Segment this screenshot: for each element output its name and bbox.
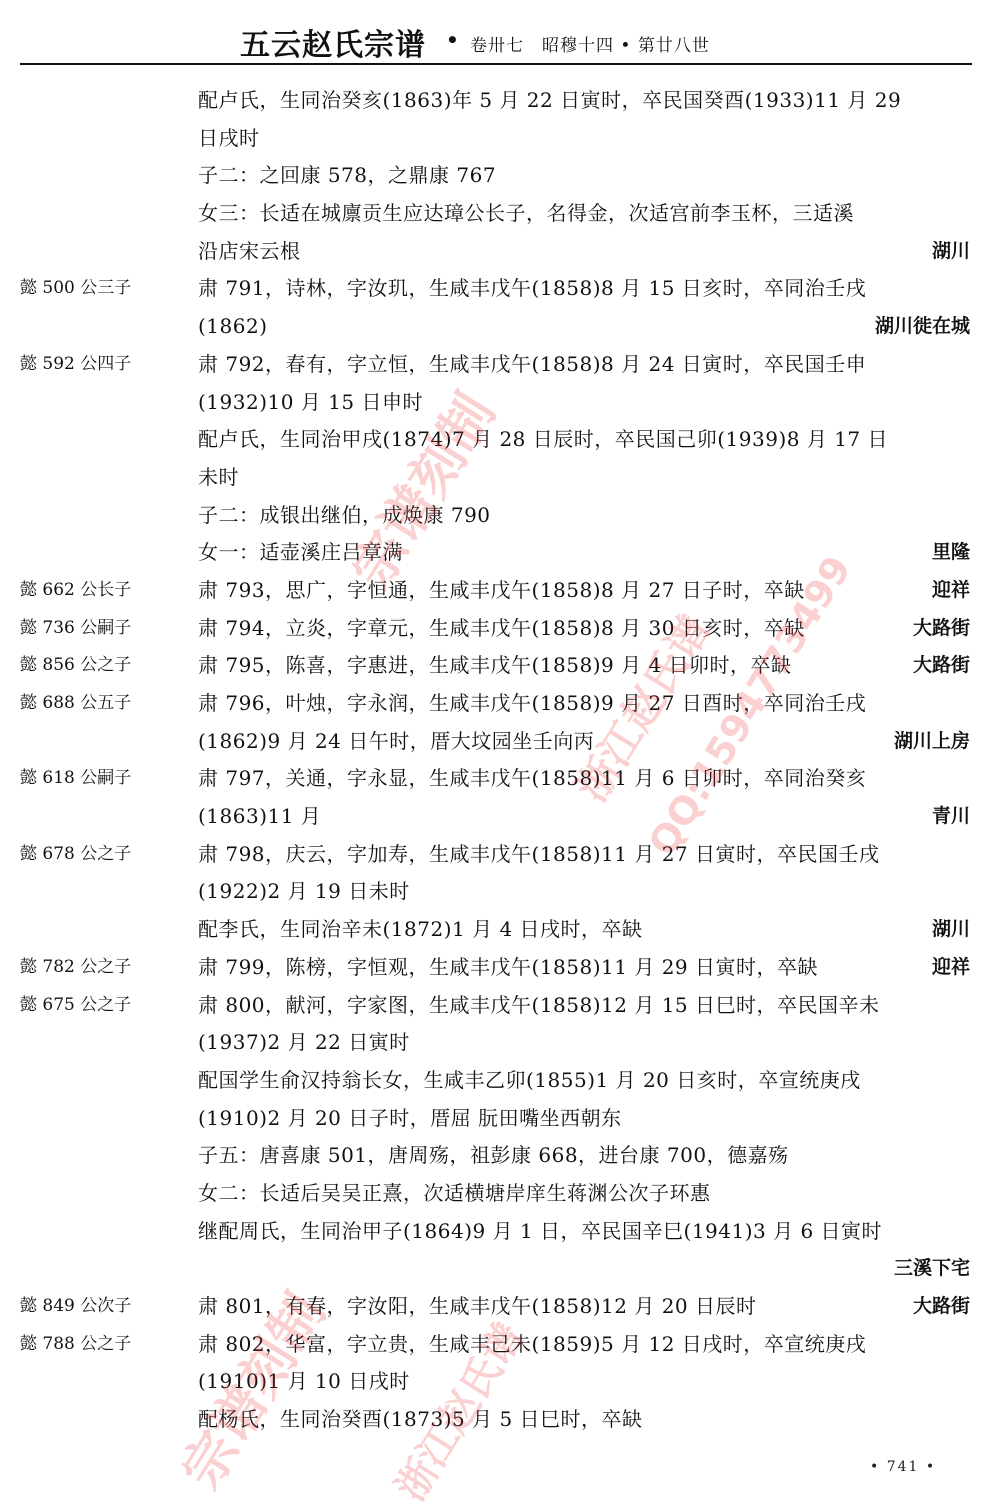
entry-text: 肃 801，有春，字汝阳，生咸丰戊午(1858)12 月 20 日辰时 (198, 1288, 970, 1326)
entry-line: 懿 500 公三子肃 791，诗林，字汝玑，生咸丰戊午(1858)8 月 15 … (0, 270, 992, 308)
residence-place: 大路街 (913, 647, 970, 685)
entry-text: 子二：之回康 578，之鼎康 767 (198, 157, 970, 195)
entry-line: 懿 662 公长子肃 793，思广，字恒通，生咸丰戊午(1858)8 月 27 … (0, 572, 992, 610)
entry-text: (1862) (198, 308, 970, 346)
residence-place: 大路街 (913, 1288, 970, 1326)
entry-text: 肃 798，庆云，字加寿，生咸丰戊午(1858)11 月 27 日寅时，卒民国壬… (198, 836, 970, 874)
page-number: • 741 • (870, 1459, 936, 1475)
entry-text: 肃 802，华富，字立贵，生咸丰己未(1859)5 月 12 日戌时，卒宣统庚戌 (198, 1326, 970, 1364)
entry-text: (1863)11 月 (198, 798, 970, 836)
entry-text: (1910)1 月 10 日戌时 (198, 1363, 970, 1401)
entry-line: 女二：长适后吴吴正熹，次适横塘岸庠生蒋渊公次子环惠 (0, 1175, 992, 1213)
entry-text: 配卢氏，生同治甲戌(1874)7 月 28 日辰时，卒民国己卯(1939)8 月… (198, 421, 970, 459)
residence-place: 湖川 (932, 233, 970, 271)
entry-line: 懿 678 公之子肃 798，庆云，字加寿，生咸丰戊午(1858)11 月 27… (0, 836, 992, 874)
entry-text: 配李氏，生同治辛未(1872)1 月 4 日戌时，卒缺 (198, 911, 970, 949)
entry-line: 配国学生俞汉持翁长女，生咸丰乙卯(1855)1 月 20 日亥时，卒宣统庚戌 (0, 1062, 992, 1100)
parent-reference: 懿 736 公嗣子 (20, 610, 131, 648)
entry-text: 配卢氏，生同治癸亥(1863)年 5 月 22 日寅时，卒民国癸酉(1933)1… (198, 82, 970, 120)
entry-line: 未时 (0, 459, 992, 497)
entry-text: 女二：长适后吴吴正熹，次适横塘岸庠生蒋渊公次子环惠 (198, 1175, 970, 1213)
entry-text: (1862)9 月 24 日午时，厝大坟园坐壬向丙 (198, 723, 970, 761)
entry-text: 肃 800，献河，字家图，生咸丰戊午(1858)12 月 15 日巳时，卒民国辛… (198, 987, 970, 1025)
entry-text: 继配周氏，生同治甲子(1864)9 月 1 日，卒民国辛巳(1941)3 月 6… (198, 1213, 970, 1251)
volume-subtitle: 卷卅七 昭穆十四 • 第廿八世 (470, 31, 710, 56)
parent-reference: 懿 618 公嗣子 (20, 760, 131, 798)
entry-line: (1932)10 月 15 日申时 (0, 384, 992, 422)
entry-line: 配卢氏，生同治甲戌(1874)7 月 28 日辰时，卒民国己卯(1939)8 月… (0, 421, 992, 459)
entry-line: 配杨氏，生同治癸酉(1873)5 月 5 日巳时，卒缺 (0, 1401, 992, 1439)
entry-line: (1922)2 月 19 日未时 (0, 873, 992, 911)
parent-reference: 懿 662 公长子 (20, 572, 131, 610)
book-title: 五云赵氏宗谱 (240, 20, 426, 64)
entry-text: 肃 795，陈喜，字惠进，生咸丰戊午(1858)9 月 4 日卯时，卒缺 (198, 647, 970, 685)
entry-text: 女一：适壶溪庄吕章满 (198, 534, 970, 572)
entry-line: 配李氏，生同治辛未(1872)1 月 4 日戌时，卒缺湖川 (0, 911, 992, 949)
entry-text: 肃 794，立炎，字章元，生咸丰戊午(1858)8 月 30 日亥时，卒缺 (198, 610, 970, 648)
residence-place: 湖川徙在城 (875, 308, 970, 346)
entry-line: 懿 782 公之子肃 799，陈榜，字恒观，生咸丰戊午(1858)11 月 29… (0, 949, 992, 987)
entry-line: 懿 675 公之子肃 800，献河，字家图，生咸丰戊午(1858)12 月 15… (0, 987, 992, 1025)
entry-text: 子二：成银出继伯，成焕康 790 (198, 497, 970, 535)
header-separator: • (446, 28, 459, 52)
entry-line: 女一：适壶溪庄吕章满里隆 (0, 534, 992, 572)
entry-line: 懿 788 公之子肃 802，华富，字立贵，生咸丰己未(1859)5 月 12 … (0, 1326, 992, 1364)
entry-text: 肃 792，春有，字立恒，生咸丰戊午(1858)8 月 24 日寅时，卒民国壬申 (198, 346, 970, 384)
entry-line: (1862)9 月 24 日午时，厝大坟园坐壬向丙湖川上房 (0, 723, 992, 761)
parent-reference: 懿 675 公之子 (20, 987, 131, 1025)
entry-line: 继配周氏，生同治甲子(1864)9 月 1 日，卒民国辛巳(1941)3 月 6… (0, 1213, 992, 1251)
residence-place: 迎祥 (932, 949, 970, 987)
entry-line: 女三：长适在城廪贡生应达璋公长子，名得金，次适宫前李玉杯，三适溪 (0, 195, 992, 233)
entry-line: 懿 849 公次子肃 801，有春，字汝阳，生咸丰戊午(1858)12 月 20… (0, 1288, 992, 1326)
entry-line: (1863)11 月青川 (0, 798, 992, 836)
entry-text: 肃 797，关通，字永显，生咸丰戊午(1858)11 月 6 日卯时，卒同治癸亥 (198, 760, 970, 798)
parent-reference: 懿 782 公之子 (20, 949, 131, 987)
entry-text: 女三：长适在城廪贡生应达璋公长子，名得金，次适宫前李玉杯，三适溪 (198, 195, 970, 233)
entry-text: (1910)2 月 20 日子时，厝屈 朊田嘴坐西朝东 (198, 1100, 970, 1138)
entry-text: 日戌时 (198, 120, 970, 158)
entry-text: (1937)2 月 22 日寅时 (198, 1024, 970, 1062)
entry-line: 懿 856 公之子肃 795，陈喜，字惠进，生咸丰戊午(1858)9 月 4 日… (0, 647, 992, 685)
entry-text: (1922)2 月 19 日未时 (198, 873, 970, 911)
entry-text: (1932)10 月 15 日申时 (198, 384, 970, 422)
entry-text: 肃 793，思广，字恒通，生咸丰戊午(1858)8 月 27 日子时，卒缺 (198, 572, 970, 610)
genealogy-entries: 配卢氏，生同治癸亥(1863)年 5 月 22 日寅时，卒民国癸酉(1933)1… (0, 82, 992, 1439)
entry-line: (1910)2 月 20 日子时，厝屈 朊田嘴坐西朝东 (0, 1100, 992, 1138)
parent-reference: 懿 592 公四子 (20, 346, 131, 384)
header-divider (20, 63, 972, 65)
entry-line: 日戌时 (0, 120, 992, 158)
entry-text: 肃 796，叶烛，字永润，生咸丰戊午(1858)9 月 27 日酉时，卒同治壬戌 (198, 685, 970, 723)
entry-text: 肃 791，诗林，字汝玑，生咸丰戊午(1858)8 月 15 日亥时，卒同治壬戌 (198, 270, 970, 308)
parent-reference: 懿 688 公五子 (20, 685, 131, 723)
entry-text: 配杨氏，生同治癸酉(1873)5 月 5 日巳时，卒缺 (198, 1401, 970, 1439)
residence-place: 迎祥 (932, 572, 970, 610)
residence-place: 青川 (932, 798, 970, 836)
entry-line: 懿 618 公嗣子肃 797，关通，字永显，生咸丰戊午(1858)11 月 6 … (0, 760, 992, 798)
parent-reference: 懿 849 公次子 (20, 1288, 131, 1326)
entry-line: 沿店宋云根湖川 (0, 233, 992, 271)
residence-place: 湖川上房 (894, 723, 970, 761)
entry-text: 未时 (198, 459, 970, 497)
entry-text: 配国学生俞汉持翁长女，生咸丰乙卯(1855)1 月 20 日亥时，卒宣统庚戌 (198, 1062, 970, 1100)
parent-reference: 懿 856 公之子 (20, 647, 131, 685)
entry-line: 子五：唐喜康 501，唐周殇，祖彭康 668，进台康 700，德嘉殇 (0, 1137, 992, 1175)
page-header: 五云赵氏宗谱 • 卷卅七 昭穆十四 • 第廿八世 (0, 14, 992, 62)
entry-line: 配卢氏，生同治癸亥(1863)年 5 月 22 日寅时，卒民国癸酉(1933)1… (0, 82, 992, 120)
residence-place: 三溪下宅 (894, 1250, 970, 1288)
entry-line: 子二：之回康 578，之鼎康 767 (0, 157, 992, 195)
residence-place: 里隆 (932, 534, 970, 572)
entry-line: 懿 688 公五子肃 796，叶烛，字永润，生咸丰戊午(1858)9 月 27 … (0, 685, 992, 723)
entry-line: 子二：成银出继伯，成焕康 790 (0, 497, 992, 535)
entry-line: 懿 592 公四子肃 792，春有，字立恒，生咸丰戊午(1858)8 月 24 … (0, 346, 992, 384)
residence-place: 大路街 (913, 610, 970, 648)
parent-reference: 懿 788 公之子 (20, 1326, 131, 1364)
entry-text: 沿店宋云根 (198, 233, 970, 271)
entry-line: (1937)2 月 22 日寅时 (0, 1024, 992, 1062)
parent-reference: 懿 500 公三子 (20, 270, 131, 308)
entry-text: 子五：唐喜康 501，唐周殇，祖彭康 668，进台康 700，德嘉殇 (198, 1137, 970, 1175)
entry-line: (1862)湖川徙在城 (0, 308, 992, 346)
entry-line: 懿 736 公嗣子肃 794，立炎，字章元，生咸丰戊午(1858)8 月 30 … (0, 610, 992, 648)
parent-reference: 懿 678 公之子 (20, 836, 131, 874)
residence-place: 湖川 (932, 911, 970, 949)
entry-text: 肃 799，陈榜，字恒观，生咸丰戊午(1858)11 月 29 日寅时，卒缺 (198, 949, 970, 987)
entry-line: 三溪下宅 (0, 1250, 992, 1288)
entry-line: (1910)1 月 10 日戌时 (0, 1363, 992, 1401)
